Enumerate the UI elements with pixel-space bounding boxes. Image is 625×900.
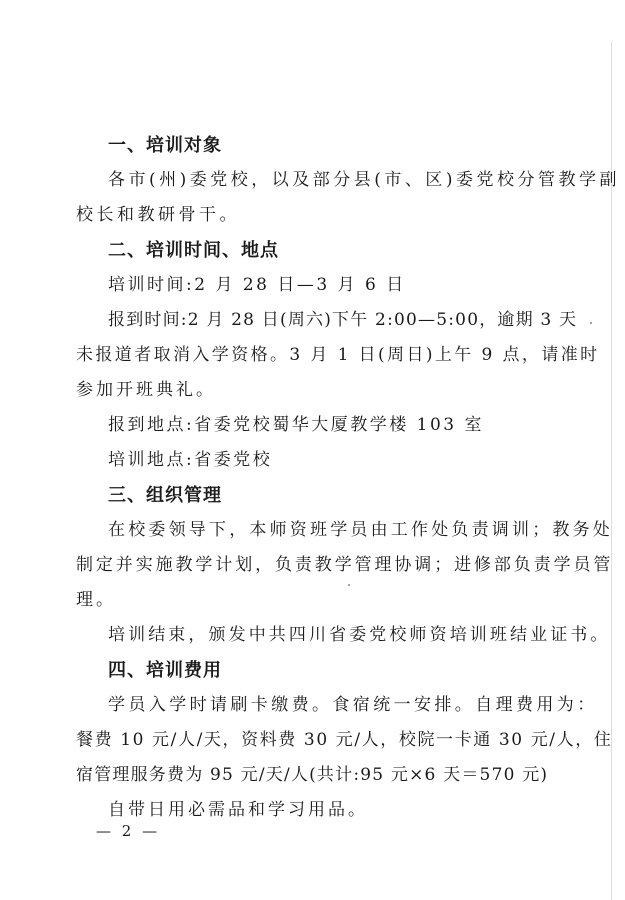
fee-total-line: 宿管理服务费为 95 元/天/人(共计:95 元×6 天＝570 元): [76, 758, 576, 793]
section-heading-organization: 三、组织管理: [76, 478, 576, 513]
training-time-line: 培训时间:2 月 28 日—3 月 6 日: [76, 268, 576, 303]
page-number: — 2 —: [96, 822, 160, 840]
paragraph-line: 参加开班典礼。: [76, 373, 576, 408]
section-heading-training-target: 一、培训对象: [76, 128, 576, 163]
certificate-line: 培训结束，颁发中共四川省委党校师资培训班结业证书。: [76, 618, 576, 653]
document-body: 一、培训对象 各市(州)委党校，以及部分县(市、区)委党校分管教学副 校长和教研…: [76, 128, 576, 828]
paragraph-line: 理。: [76, 583, 576, 618]
paragraph-line: 校长和教研骨干。: [76, 198, 576, 233]
fee-details-line: 餐费 10 元/人/天，资料费 30 元/人，校院一卡通 30 元/人，住: [76, 723, 576, 758]
training-location-line: 培训地点:省委党校: [76, 443, 576, 478]
registration-location-line: 报到地点:省委党校蜀华大厦教学楼 103 室: [76, 408, 576, 443]
paragraph-line: 学员入学时请刷卡缴费。食宿统一安排。自理费用为：: [76, 688, 576, 723]
scan-speck: [590, 322, 592, 324]
paragraph-line: 在校委领导下，本师资班学员由工作处负责调训；教务处: [76, 513, 576, 548]
document-page: 一、培训对象 各市(州)委党校，以及部分县(市、区)委党校分管教学副 校长和教研…: [0, 0, 625, 900]
paragraph-line: 制定并实施教学计划，负责教学管理协调；进修部负责学员管: [76, 548, 576, 583]
paragraph-line: 未报道者取消入学资格。3 月 1 日(周日)上午 9 点，请准时: [76, 338, 576, 373]
section-heading-time-location: 二、培训时间、地点: [76, 233, 576, 268]
paragraph-line: 各市(州)委党校，以及部分县(市、区)委党校分管教学副: [76, 163, 576, 198]
registration-time-line: 报到时间:2 月 28 日(周六)下午 2:00—5:00，逾期 3 天: [76, 303, 576, 338]
section-heading-fees: 四、培训费用: [76, 653, 576, 688]
